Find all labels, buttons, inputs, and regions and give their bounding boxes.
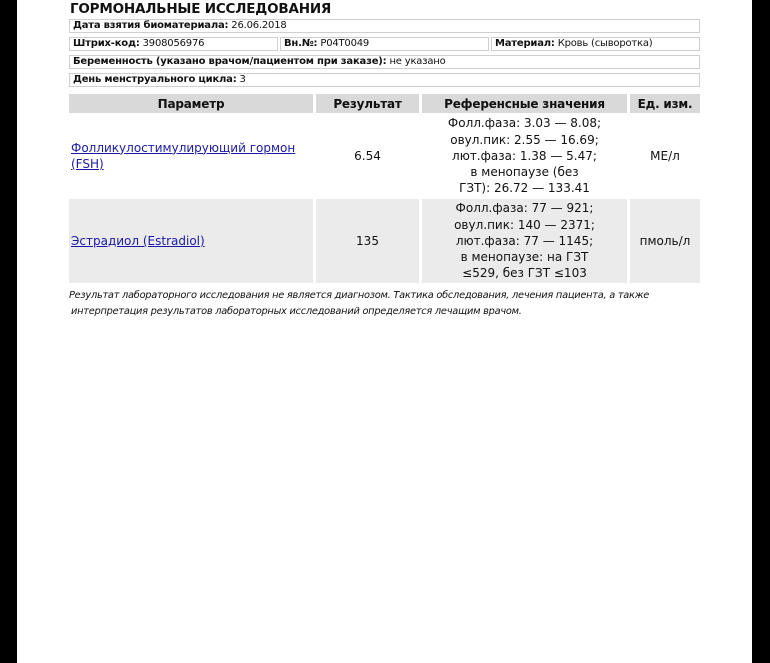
pregnancy-value: не указано [389, 56, 445, 67]
material-label: Материал: [495, 38, 555, 49]
disclaimer-line: Результат лабораторного исследования не … [69, 288, 709, 304]
pregnancy-label: Беременность (указано врачом/пациентом п… [73, 56, 386, 67]
estradiol-link[interactable]: Эстрадиол (Estradiol) [71, 234, 205, 248]
result-cell: 135 [316, 199, 419, 283]
unit-cell: МЕ/л [630, 115, 700, 197]
reference-line: Фолл.фаза: 77 — 921; [422, 200, 627, 216]
reference-line: ≤529, без ГЗТ ≤103 [422, 265, 627, 281]
reference-line: овул.пик: 2.55 — 16.69; [422, 132, 627, 148]
reference-line: в менопаузе (без [422, 164, 627, 180]
internal-number-label: Вн.№: [284, 38, 317, 49]
disclaimer-line: интерпретация результатов лабораторных и… [69, 304, 709, 320]
cycle-day-label: День менструального цикла: [73, 74, 237, 85]
material-value: Кровь (сыворотка) [558, 38, 653, 49]
header-unit: Ед. изм. [630, 94, 700, 113]
barcode-label: Штрих-код: [73, 38, 140, 49]
header-result: Результат [316, 94, 419, 113]
parameter-cell: Эстрадиол (Estradiol) [69, 199, 313, 283]
section-title: ГОРМОНАЛЬНЫЕ ИССЛЕДОВАНИЯ [70, 1, 331, 17]
reference-cell: Фолл.фаза: 77 — 921; овул.пик: 140 — 237… [422, 199, 627, 283]
cycle-day-value: 3 [239, 74, 245, 85]
fsh-link[interactable]: Фолликулостимулирующий гормон (FSH) [71, 140, 296, 173]
reference-cell: Фолл.фаза: 3.03 — 8.08; овул.пик: 2.55 —… [422, 115, 627, 197]
internal-number-field: Вн.№: P04T0049 [280, 37, 489, 51]
results-table: Параметр Результат Референсные значения … [66, 92, 703, 285]
cycle-day-field: День менструального цикла: 3 [69, 73, 700, 87]
parameter-cell: Фолликулостимулирующий гормон (FSH) [69, 115, 313, 197]
table-row: Эстрадиол (Estradiol) 135 Фолл.фаза: 77 … [69, 199, 700, 283]
header-parameter: Параметр [69, 94, 313, 113]
table-header-row: Параметр Результат Референсные значения … [69, 94, 700, 113]
result-cell: 6.54 [316, 115, 419, 197]
reference-line: овул.пик: 140 — 2371; [422, 217, 627, 233]
sample-date-field: Дата взятия биоматериала: 26.06.2018 [69, 19, 700, 33]
pregnancy-field: Беременность (указано врачом/пациентом п… [69, 55, 700, 69]
reference-line: лют.фаза: 1.38 — 5.47; [422, 148, 627, 164]
barcode-value: 3908056976 [143, 38, 205, 49]
sample-date-label: Дата взятия биоматериала: [73, 20, 228, 31]
reference-line: лют.фаза: 77 — 1145; [422, 233, 627, 249]
reference-line: ГЗТ): 26.72 — 133.41 [422, 180, 627, 196]
document-page: ГОРМОНАЛЬНЫЕ ИССЛЕДОВАНИЯ Дата взятия би… [17, 0, 752, 663]
material-field: Материал: Кровь (сыворотка) [491, 37, 700, 51]
header-reference: Референсные значения [422, 94, 627, 113]
unit-cell: пмоль/л [630, 199, 700, 283]
internal-number-value: P04T0049 [320, 38, 369, 49]
reference-line: в менопаузе: на ГЗТ [422, 249, 627, 265]
table-row: Фолликулостимулирующий гормон (FSH) 6.54… [69, 115, 700, 197]
reference-line: Фолл.фаза: 3.03 — 8.08; [422, 115, 627, 131]
sample-date-value: 26.06.2018 [231, 20, 286, 31]
disclaimer-note: Результат лабораторного исследования не … [69, 288, 709, 320]
barcode-field: Штрих-код: 3908056976 [69, 37, 278, 51]
